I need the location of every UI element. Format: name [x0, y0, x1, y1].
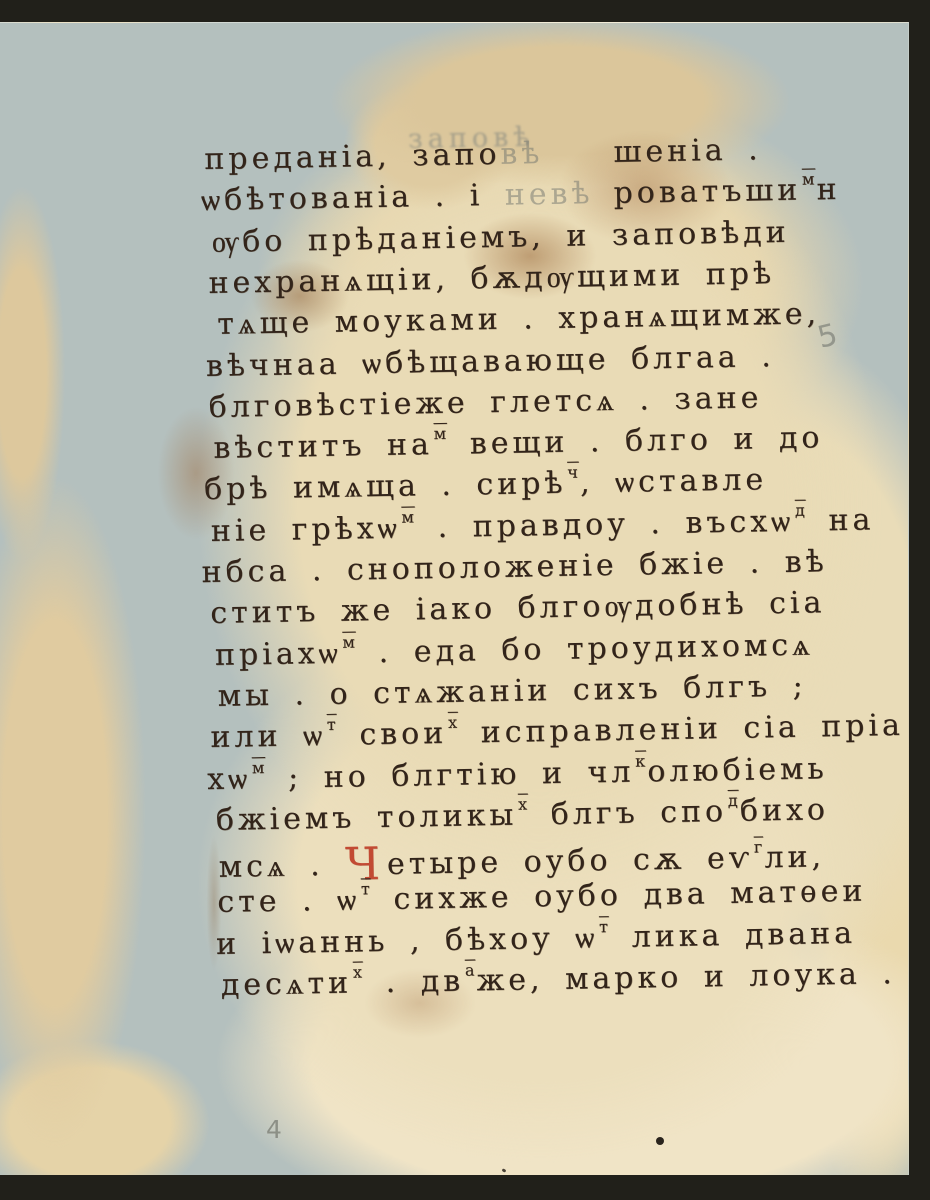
- ink-dot-mark: [656, 1137, 664, 1145]
- small-ink-speck: [502, 1168, 507, 1173]
- manuscript-scan: заповѣ преданіа, заповѣшеніа .ѡбѣтованіа…: [0, 0, 930, 1200]
- manuscript-text-block: преданіа, заповѣшеніа .ѡбѣтованіа . і не…: [206, 127, 912, 1059]
- pencil-folio-number: 4: [266, 1115, 282, 1144]
- manuscript-page: заповѣ преданіа, заповѣшеніа .ѡбѣтованіа…: [0, 22, 909, 1175]
